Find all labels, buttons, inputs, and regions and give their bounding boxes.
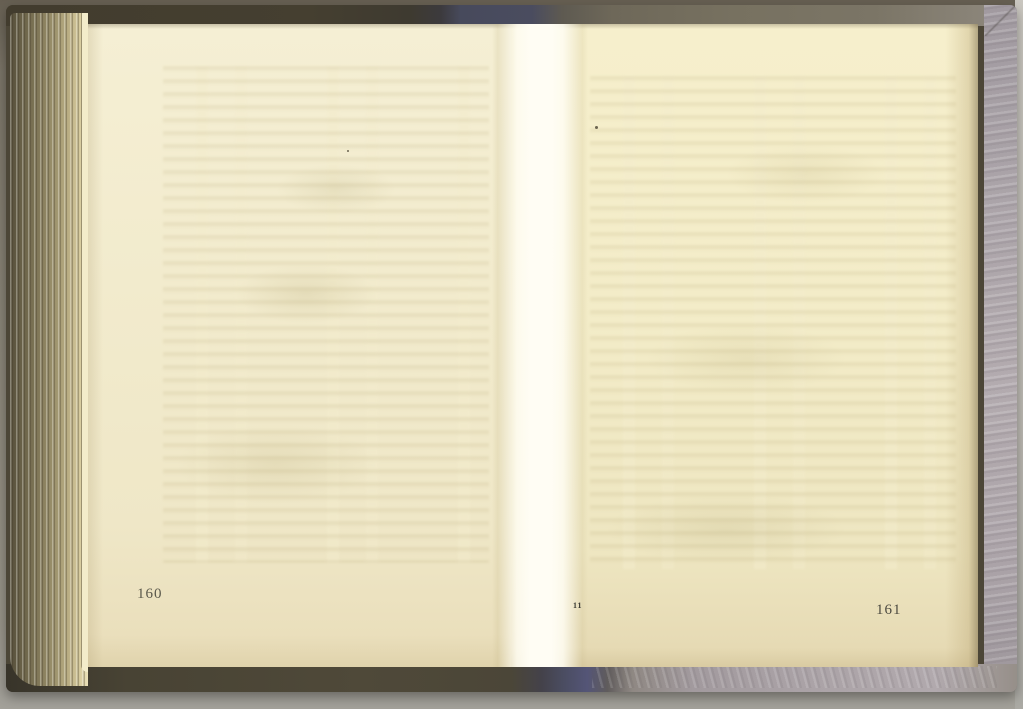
dust-speck — [347, 150, 349, 152]
cover-corner-mitre — [985, 6, 1015, 36]
signature-mark: 11 — [573, 602, 583, 610]
open-book-photo: 160 161 11 — [0, 0, 1023, 709]
page-number-left: 160 — [137, 587, 163, 602]
page-number-right: 161 — [876, 603, 902, 618]
cover-right-cloth — [984, 5, 1017, 692]
cover-top-edge — [6, 5, 1017, 26]
gutter-highlight — [492, 24, 588, 667]
faded-text-right-page — [590, 76, 956, 569]
page-stack-fore-edges — [10, 13, 88, 686]
open-pages — [86, 24, 978, 667]
dust-speck — [595, 126, 598, 129]
faded-text-left-page — [163, 66, 489, 563]
cover-bottom-edge — [6, 664, 1017, 692]
